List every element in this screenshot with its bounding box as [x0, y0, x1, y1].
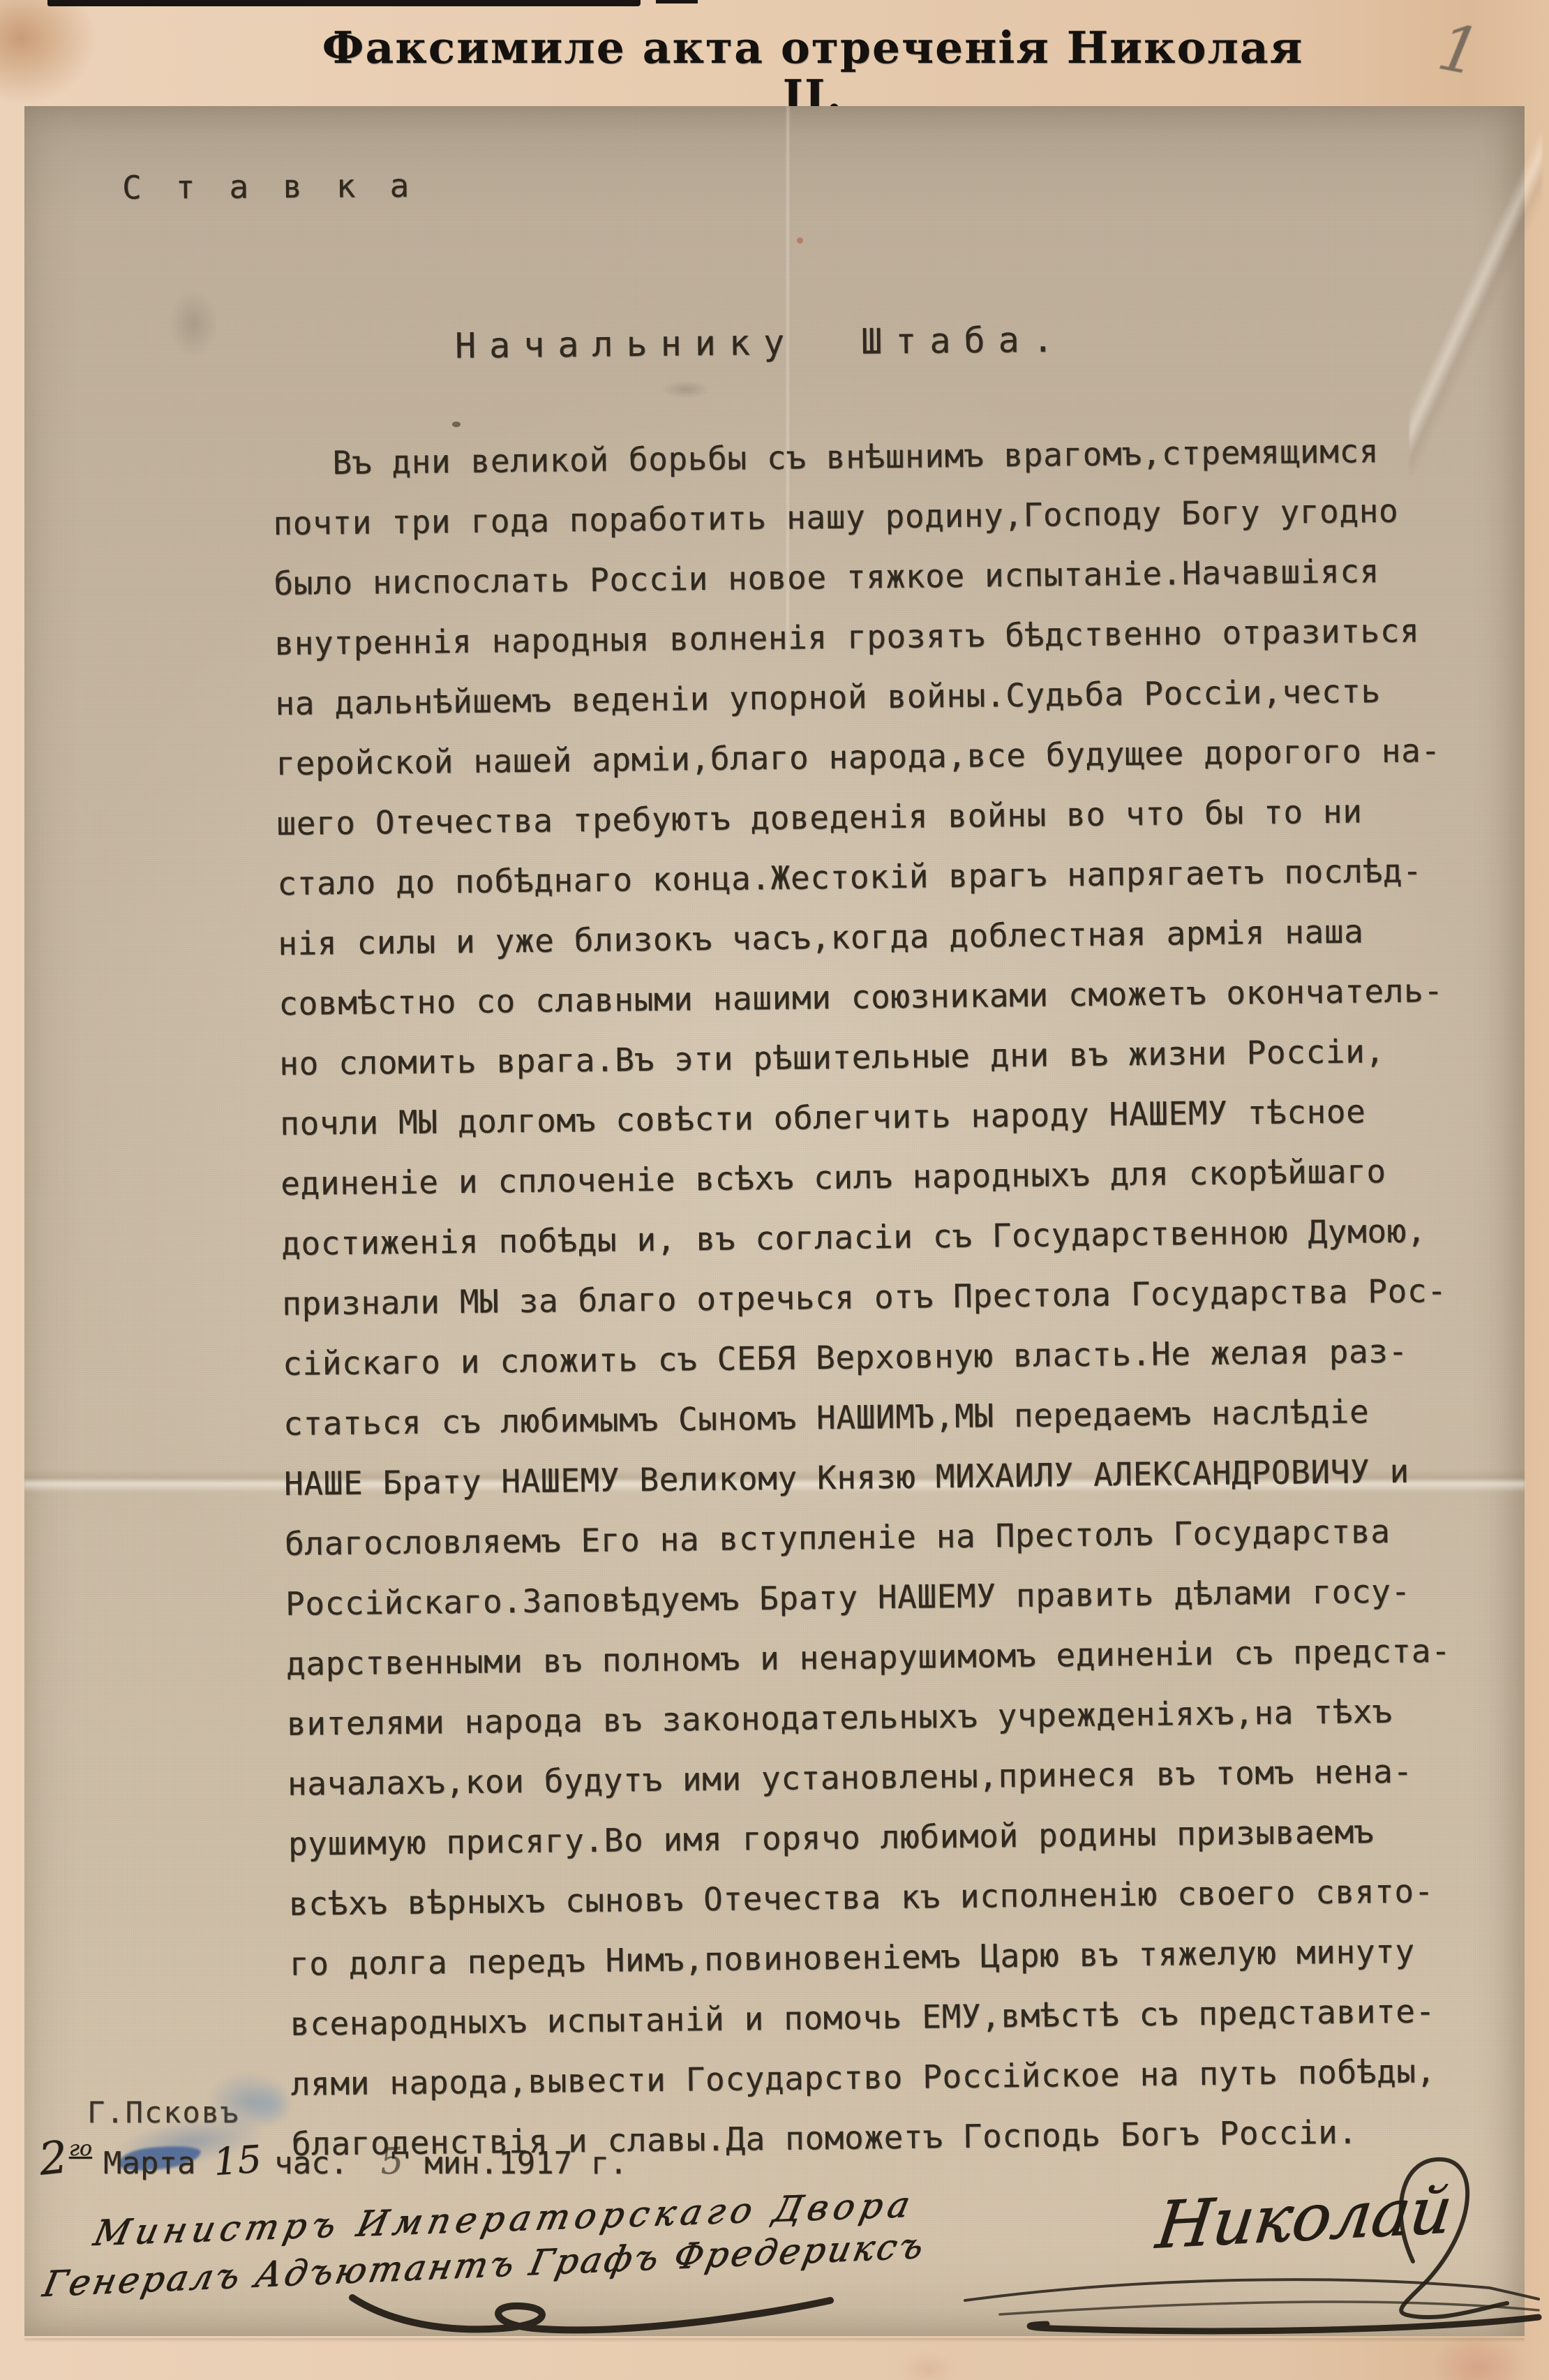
typed-month: Марта: [103, 2145, 195, 2181]
handwritten-minutes: 5: [380, 2140, 405, 2183]
typed-hours-label: час.: [274, 2145, 348, 2181]
paper-smudge: [661, 380, 710, 399]
dateline: 2 го Марта 15 час. 5 мин.1917 г.: [39, 2133, 628, 2192]
paper-speck: [797, 237, 803, 244]
scan-edge-artifact: [656, 0, 698, 3]
handwritten-day: 2: [36, 2132, 70, 2186]
document-page: Факсимиле акта отреченія Николая II. 1 С…: [0, 0, 1549, 2380]
addressee-line: Начальнику Штаба.: [455, 319, 1067, 366]
countersignature-flourish: [342, 2282, 844, 2345]
pencil-page-number: 1: [1433, 15, 1486, 85]
place-header: Ставка: [122, 166, 444, 206]
typed-minutes-label: мин.1917 г.: [424, 2145, 627, 2181]
paper-smudge: [169, 290, 218, 357]
handwritten-day-suffix: го: [69, 2136, 92, 2161]
tsar-signature-flourish: [876, 2143, 1549, 2345]
paper-speck: [452, 422, 461, 427]
document-body: Въ дни великой борьбы съ внѣшнимъ врагом…: [272, 420, 1478, 2174]
place-city: Г.Псковъ: [87, 2095, 239, 2129]
handwritten-hours: 15: [212, 2137, 263, 2185]
scan-edge-artifact: [47, 0, 641, 6]
